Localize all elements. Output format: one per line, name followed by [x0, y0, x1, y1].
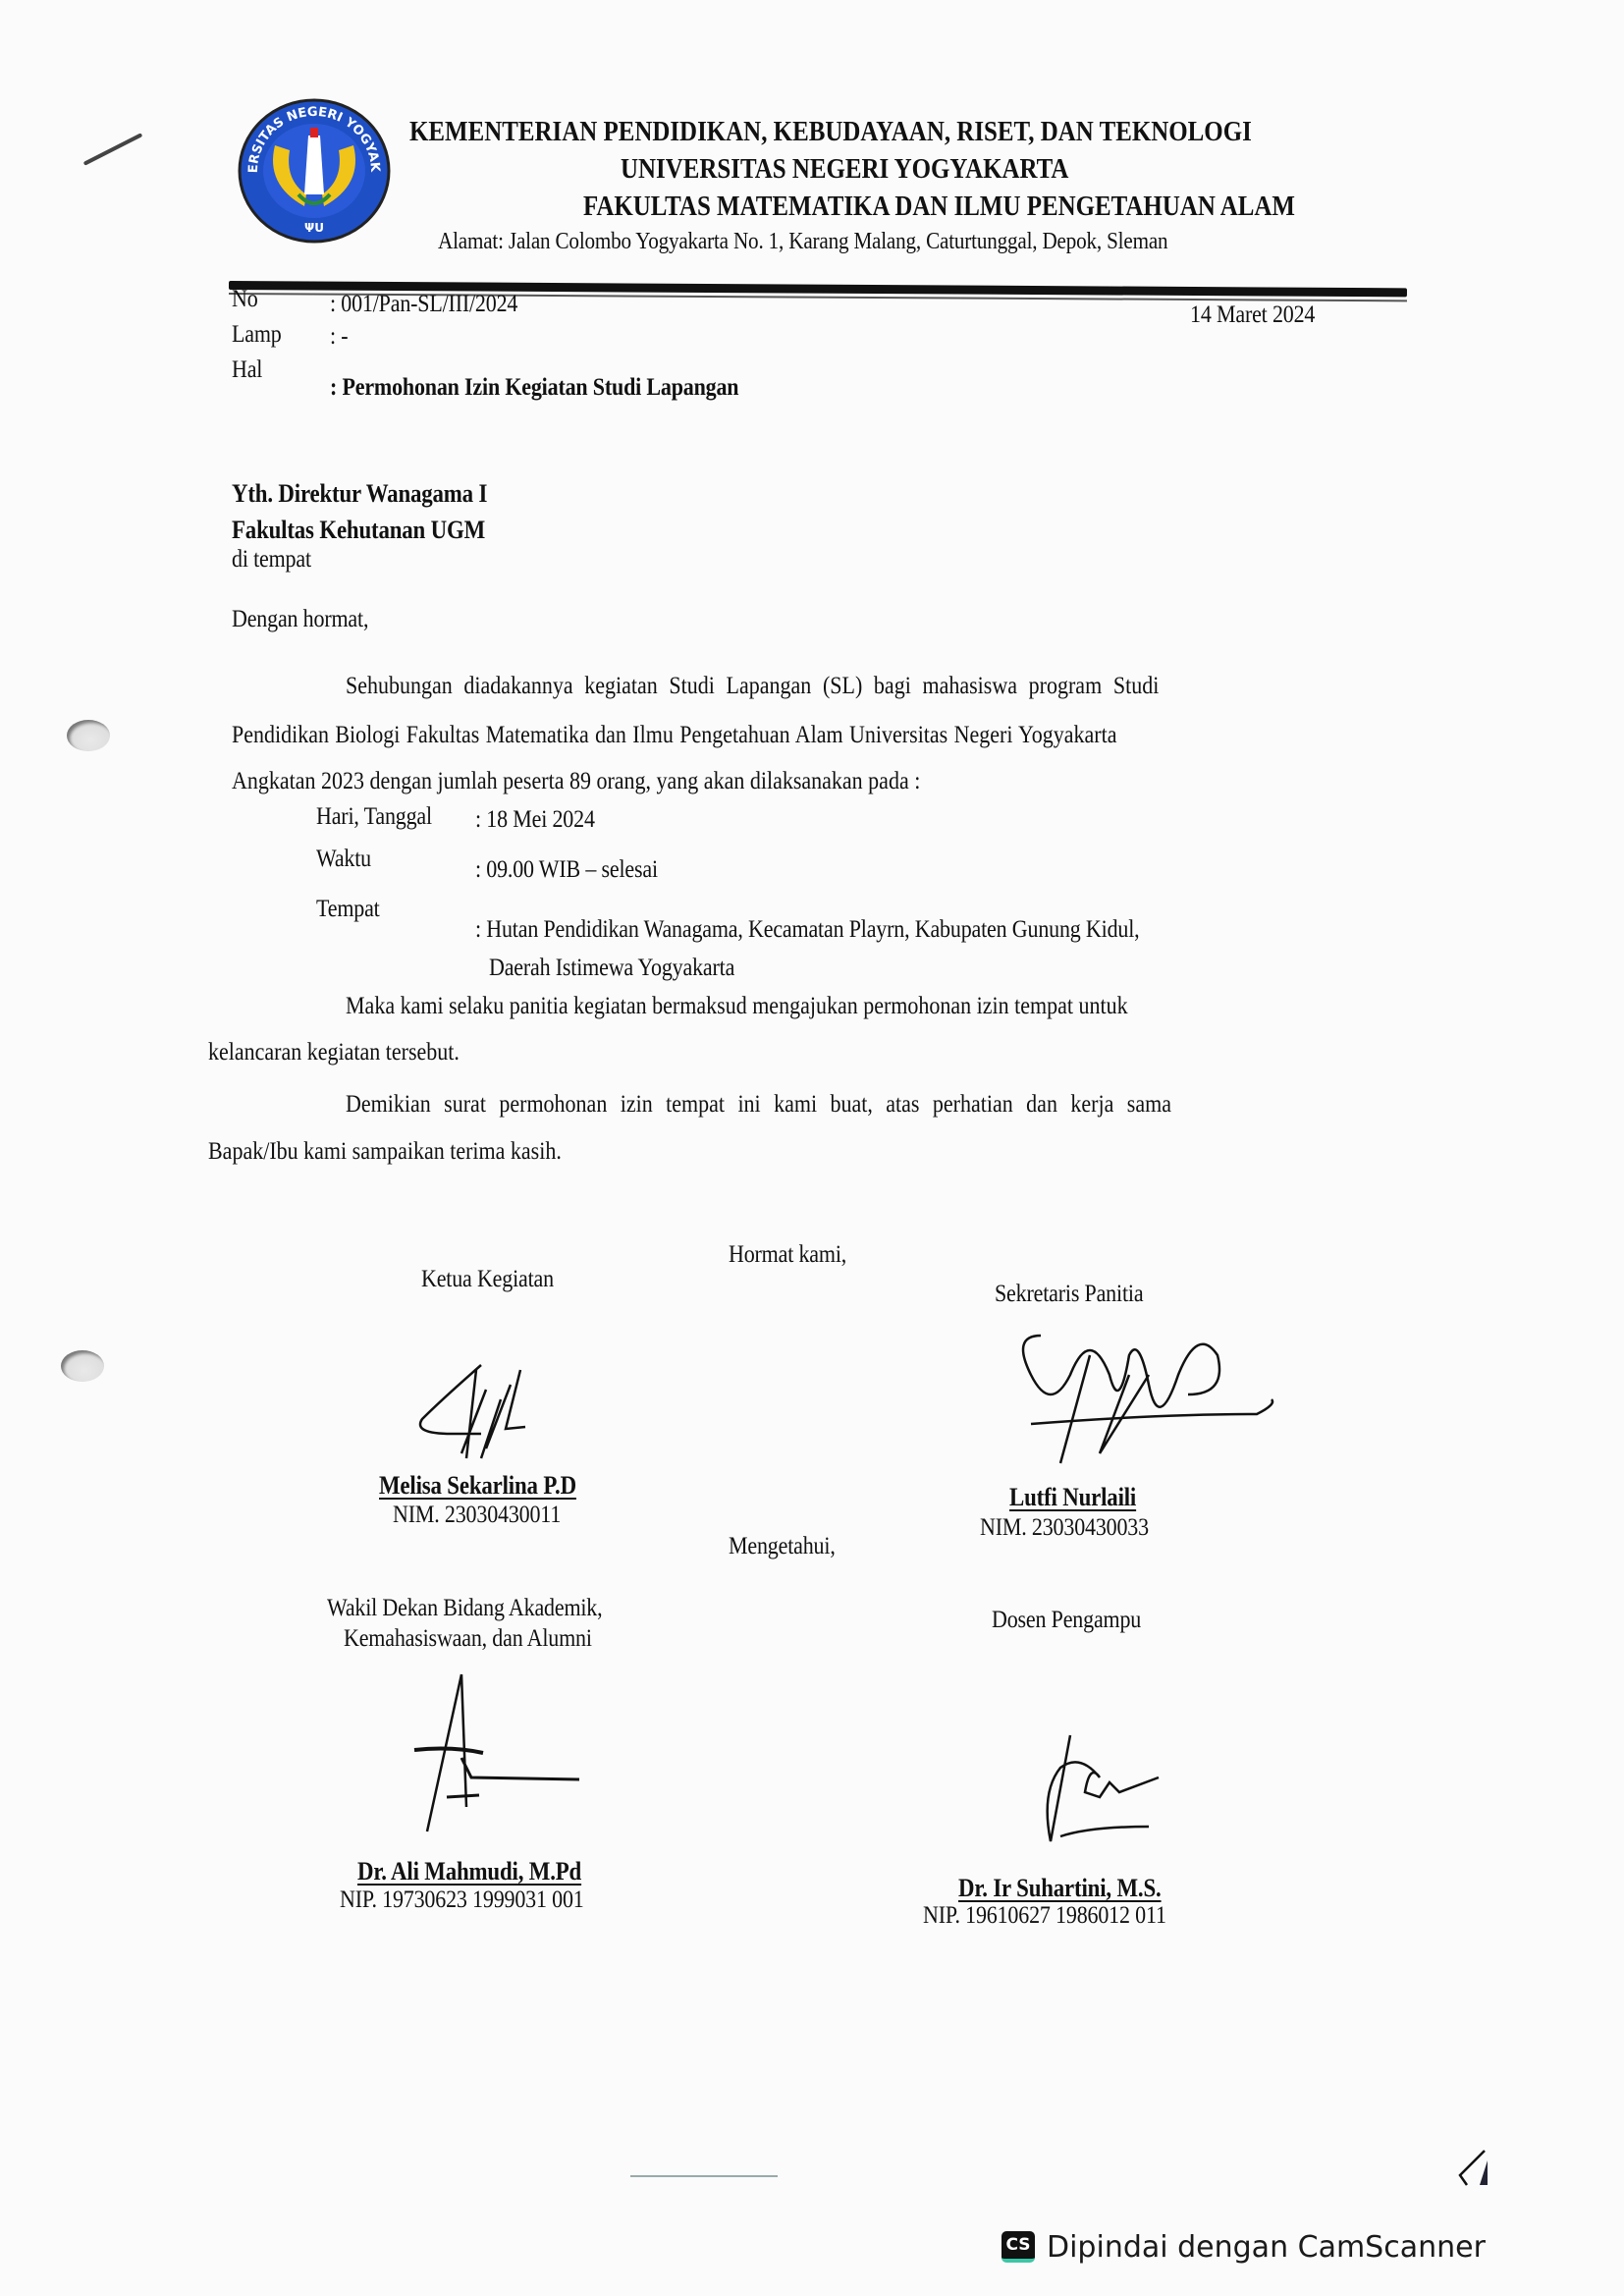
detail-label-time: Waktu: [316, 847, 371, 871]
closing-text: Hormat kami,: [729, 1242, 846, 1267]
para1-line3: Angkatan 2023 dengan jumlah peserta 89 o…: [232, 769, 920, 793]
camscanner-watermark: CS Dipindai dengan CamScanner: [1001, 2223, 1486, 2270]
letter-date: 14 Maret 2024: [1190, 302, 1315, 327]
scanned-letter-page: ΨU UNIVERSITAS NEGERI YOGYAKARTA KEMENTE…: [0, 0, 1624, 2296]
letterhead-address: Alamat: Jalan Colombo Yogyakarta No. 1, …: [438, 230, 1167, 253]
detail-label-place: Tempat: [316, 897, 380, 921]
para2-line2: kelancaran kegiatan tersebut.: [208, 1040, 460, 1065]
lamp-value: : -: [330, 324, 348, 349]
hal-label: Hal: [232, 357, 262, 382]
ketua-role: Ketua Kegiatan: [421, 1267, 554, 1291]
dosen-signature: [1041, 1733, 1218, 1851]
lamp-label: Lamp: [232, 322, 282, 347]
para1-line2: Pendidikan Biologi Fakultas Matematika d…: [232, 723, 1116, 747]
ketua-nim: NIM. 23030430011: [393, 1503, 561, 1527]
no-value: : 001/Pan-SL/III/2024: [330, 292, 517, 316]
dosen-nip: NIP. 19610627 1986012 011: [923, 1903, 1166, 1928]
sekretaris-name: Lutfi Nurlaili: [1009, 1485, 1136, 1510]
detail-label-date: Hari, Tanggal: [316, 804, 432, 829]
sekretaris-nim: NIM. 23030430033: [980, 1515, 1149, 1540]
para1-line1: Sehubungan diadakannya kegiatan Studi La…: [346, 674, 1159, 698]
punch-hole-upper: [67, 720, 110, 751]
wakil-dekan-role-line1: Wakil Dekan Bidang Akademik,: [327, 1596, 602, 1620]
wakil-dekan-name: Dr. Ali Mahmudi, M.Pd: [357, 1859, 581, 1885]
acknowledged-text: Mengetahui,: [729, 1534, 836, 1558]
ketua-signature: [412, 1360, 589, 1468]
para3-line1: Demikian surat permohonan izin tempat in…: [346, 1092, 1171, 1117]
camscanner-logo-icon: CS: [1001, 2231, 1035, 2263]
para2-line1: Maka kami selaku panitia kegiatan bermak…: [346, 994, 1128, 1018]
recipient-line3: di tempat: [232, 547, 311, 572]
bottom-rule-mark: [630, 2175, 778, 2177]
dosen-name: Dr. Ir Suhartini, M.S.: [958, 1876, 1162, 1901]
letterhead-faculty: FAKULTAS MATEMATIKA DAN ILMU PENGETAHUAN…: [583, 191, 1295, 223]
wakil-dekan-role-line2: Kemahasiswaan, dan Alumni: [344, 1626, 592, 1651]
detail-value-place-line2: Daerah Istimewa Yogyakarta: [489, 956, 734, 980]
ketua-name: Melisa Sekarlina P.D: [379, 1473, 576, 1499]
recipient-line1: Yth. Direktur Wanagama I: [232, 481, 487, 507]
hal-value: : Permohonan Izin Kegiatan Studi Lapanga…: [330, 375, 738, 400]
no-label: No: [232, 287, 258, 311]
wakil-dekan-nip: NIP. 19730623 1999031 001: [340, 1887, 584, 1912]
sekretaris-signature: [1011, 1316, 1286, 1483]
letterhead-ministry: KEMENTERIAN PENDIDIKAN, KEBUDAYAAN, RISE…: [409, 116, 1252, 148]
punch-hole-lower: [61, 1350, 104, 1382]
pen-mark: [83, 133, 143, 166]
greeting: Dengan hormat,: [232, 607, 368, 631]
para3-line2: Bapak/Ibu kami sampaikan terima kasih.: [208, 1139, 562, 1164]
recipient-line2: Fakultas Kehutanan UGM: [232, 518, 485, 543]
detail-value-place: : Hutan Pendidikan Wanagama, Kecamatan P…: [475, 917, 1140, 942]
sekretaris-role: Sekretaris Panitia: [995, 1282, 1143, 1306]
svg-text:ΨU: ΨU: [304, 221, 324, 235]
dosen-role: Dosen Pengampu: [992, 1608, 1141, 1632]
camscanner-text: Dipindai dengan CamScanner: [1047, 2230, 1486, 2265]
university-logo: ΨU UNIVERSITAS NEGERI YOGYAKARTA: [236, 96, 393, 250]
detail-value-time: : 09.00 WIB – selesai: [475, 857, 658, 882]
letterhead-university: UNIVERSITAS NEGERI YOGYAKARTA: [621, 153, 1068, 186]
wakil-dekan-signature: [412, 1669, 609, 1836]
corner-pen-mark: [1455, 2146, 1494, 2195]
detail-value-date: : 18 Mei 2024: [475, 807, 595, 832]
